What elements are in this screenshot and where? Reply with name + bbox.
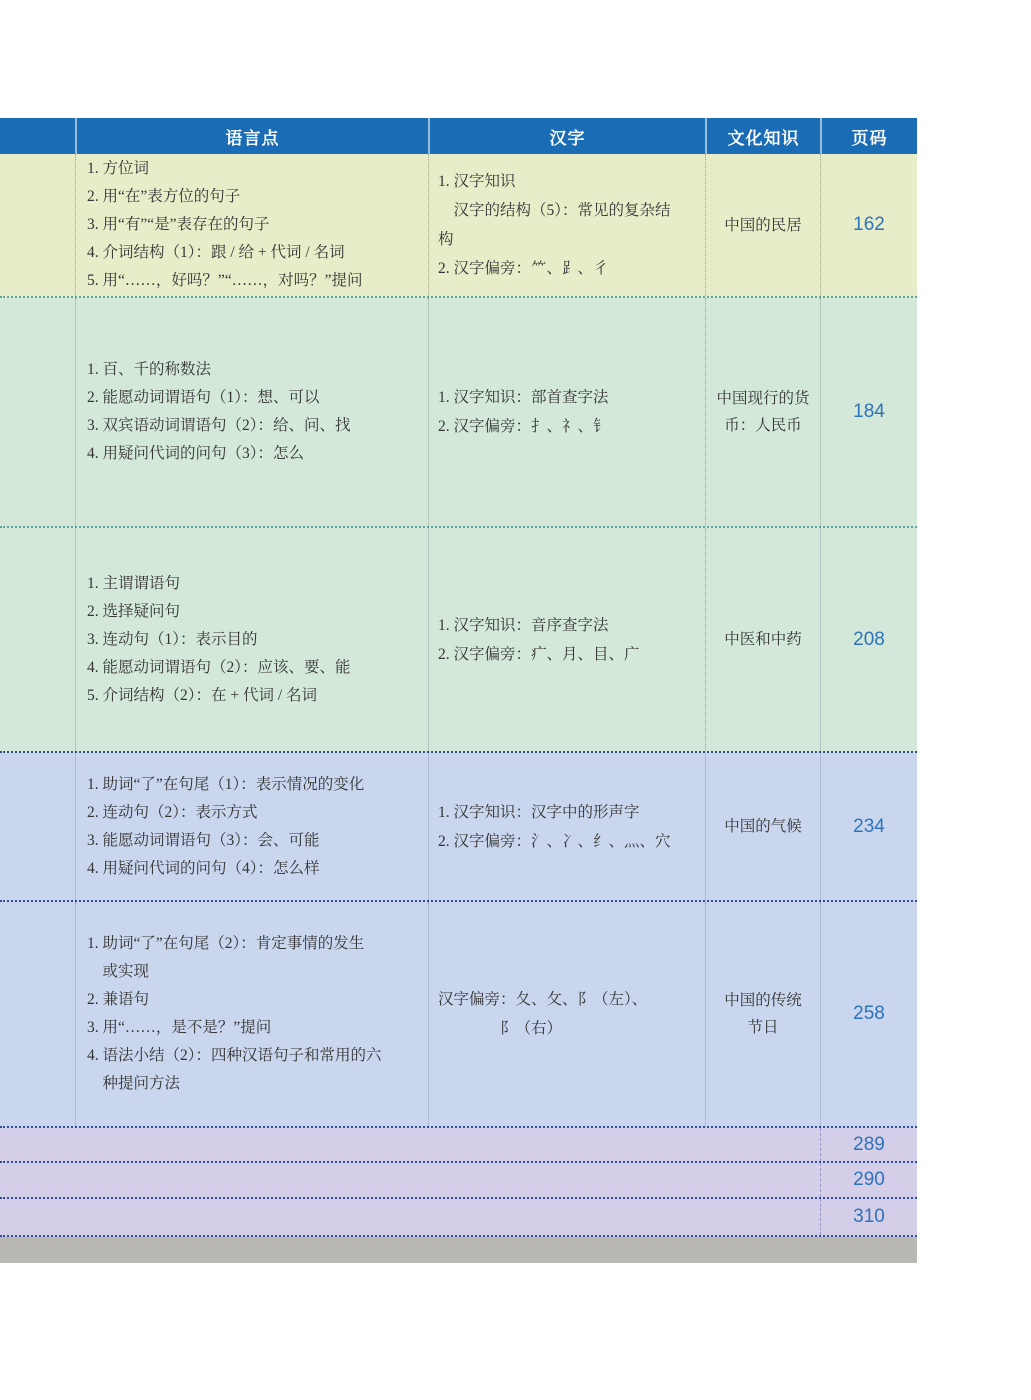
table-row: 1. 助词“了”在句尾（1）：表示情况的变化 2. 连动句（2）：表示方式 3.… — [0, 753, 917, 902]
language-points-text: 1. 助词“了”在句尾（1）：表示情况的变化 2. 连动句（2）：表示方式 3.… — [76, 771, 428, 883]
cell-hanzi: 1. 汉字知识：音序查字法 2. 汉字偏旁：疒、月、目、广 — [428, 528, 705, 751]
cell-culture: 中国的气候 — [705, 753, 820, 900]
header-cell-culture: 文化知识 — [705, 118, 820, 154]
cell-hanzi: 1. 汉字知识 汉字的结构（5）：常见的复杂结 构 2. 汉字偏旁：⺮、⻊、彳 — [428, 154, 705, 296]
appendix-row-spacer — [0, 1128, 820, 1161]
cell-language-points: 1. 百、千的称数法 2. 能愿动词谓语句（1）：想、可以 3. 双宾语动词谓语… — [75, 298, 428, 526]
cell-unit — [0, 154, 75, 296]
language-points-text: 1. 百、千的称数法 2. 能愿动词谓语句（1）：想、可以 3. 双宾语动词谓语… — [76, 356, 428, 468]
table-row: 1. 百、千的称数法 2. 能愿动词谓语句（1）：想、可以 3. 双宾语动词谓语… — [0, 298, 917, 528]
page-number: 162 — [821, 214, 917, 236]
page-number: 290 — [820, 1163, 917, 1197]
cell-language-points: 1. 方位词 2. 用“在”表方位的句子 3. 用“有”“是”表存在的句子 4.… — [75, 154, 428, 296]
cell-page-number: 258 — [820, 902, 917, 1126]
page-number: 208 — [821, 629, 917, 651]
culture-text: 中国的民居 — [706, 212, 820, 239]
cell-language-points: 1. 主谓谓语句 2. 选择疑问句 3. 连动句（1）：表示目的 4. 能愿动词… — [75, 528, 428, 751]
cell-hanzi: 1. 汉字知识：汉字中的形声字 2. 汉字偏旁：氵、冫、纟、灬、穴 — [428, 753, 705, 900]
cell-language-points: 1. 助词“了”在句尾（1）：表示情况的变化 2. 连动句（2）：表示方式 3.… — [75, 753, 428, 900]
language-points-text: 1. 主谓谓语句 2. 选择疑问句 3. 连动句（1）：表示目的 4. 能愿动词… — [76, 570, 428, 710]
table-row: 1. 方位词 2. 用“在”表方位的句子 3. 用“有”“是”表存在的句子 4.… — [0, 154, 917, 298]
header-row: 语言点 汉字 文化知识 页码 — [0, 118, 917, 154]
appendix-row: 290 — [0, 1163, 917, 1199]
page-number: 258 — [821, 1003, 917, 1025]
table-row: 1. 主谓谓语句 2. 选择疑问句 3. 连动句（1）：表示目的 4. 能愿动词… — [0, 528, 917, 753]
cell-page-number: 162 — [820, 154, 917, 296]
footer-bar — [0, 1237, 917, 1263]
header-cell-unit — [0, 118, 75, 154]
culture-text: 中国现行的货 币：人民币 — [706, 385, 820, 439]
page-number: 184 — [821, 401, 917, 423]
header-cell-page: 页码 — [820, 118, 917, 154]
cell-unit — [0, 528, 75, 751]
page-number: 289 — [820, 1128, 917, 1161]
cell-hanzi: 汉字偏旁：夂、攵、阝（左）、 阝（右） — [428, 902, 705, 1126]
page-number: 234 — [821, 816, 917, 838]
cell-culture: 中国的民居 — [705, 154, 820, 296]
hanzi-text: 1. 汉字知识：部首查字法 2. 汉字偏旁：扌、礻、钅 — [429, 383, 705, 441]
cell-hanzi: 1. 汉字知识：部首查字法 2. 汉字偏旁：扌、礻、钅 — [428, 298, 705, 526]
hanzi-text: 1. 汉字知识：汉字中的形声字 2. 汉字偏旁：氵、冫、纟、灬、穴 — [429, 798, 705, 856]
header-cell-hanzi: 汉字 — [428, 118, 705, 154]
culture-text: 中国的传统 节日 — [706, 987, 820, 1041]
cell-page-number: 208 — [820, 528, 917, 751]
cell-culture: 中国的传统 节日 — [705, 902, 820, 1126]
cell-culture: 中国现行的货 币：人民币 — [705, 298, 820, 526]
language-points-text: 1. 助词“了”在句尾（2）：肯定事情的发生 或实现 2. 兼语句 3. 用“…… — [76, 930, 428, 1098]
header-cell-language-points: 语言点 — [75, 118, 428, 154]
cell-culture: 中医和中药 — [705, 528, 820, 751]
hanzi-text: 1. 汉字知识：音序查字法 2. 汉字偏旁：疒、月、目、广 — [429, 611, 705, 669]
cell-page-number: 234 — [820, 753, 917, 900]
culture-text: 中国的气候 — [706, 813, 820, 840]
appendix-row-spacer — [0, 1199, 820, 1235]
table-row: 1. 助词“了”在句尾（2）：肯定事情的发生 或实现 2. 兼语句 3. 用“…… — [0, 902, 917, 1128]
culture-text: 中医和中药 — [706, 626, 820, 653]
appendix-row: 310 — [0, 1199, 917, 1237]
page-number: 310 — [820, 1199, 917, 1235]
toc-table: 语言点 汉字 文化知识 页码 1. 方位词 2. 用“在”表方位的句子 3. 用… — [0, 118, 917, 1263]
cell-unit — [0, 902, 75, 1126]
appendix-row-spacer — [0, 1163, 820, 1197]
book-toc-page: 语言点 汉字 文化知识 页码 1. 方位词 2. 用“在”表方位的句子 3. 用… — [0, 0, 1031, 1400]
appendix-row: 289 — [0, 1128, 917, 1163]
cell-page-number: 184 — [820, 298, 917, 526]
cell-unit — [0, 298, 75, 526]
cell-language-points: 1. 助词“了”在句尾（2）：肯定事情的发生 或实现 2. 兼语句 3. 用“…… — [75, 902, 428, 1126]
hanzi-text: 1. 汉字知识 汉字的结构（5）：常见的复杂结 构 2. 汉字偏旁：⺮、⻊、彳 — [429, 167, 705, 283]
cell-unit — [0, 753, 75, 900]
hanzi-text: 汉字偏旁：夂、攵、阝（左）、 阝（右） — [429, 985, 705, 1043]
language-points-text: 1. 方位词 2. 用“在”表方位的句子 3. 用“有”“是”表存在的句子 4.… — [76, 155, 428, 295]
